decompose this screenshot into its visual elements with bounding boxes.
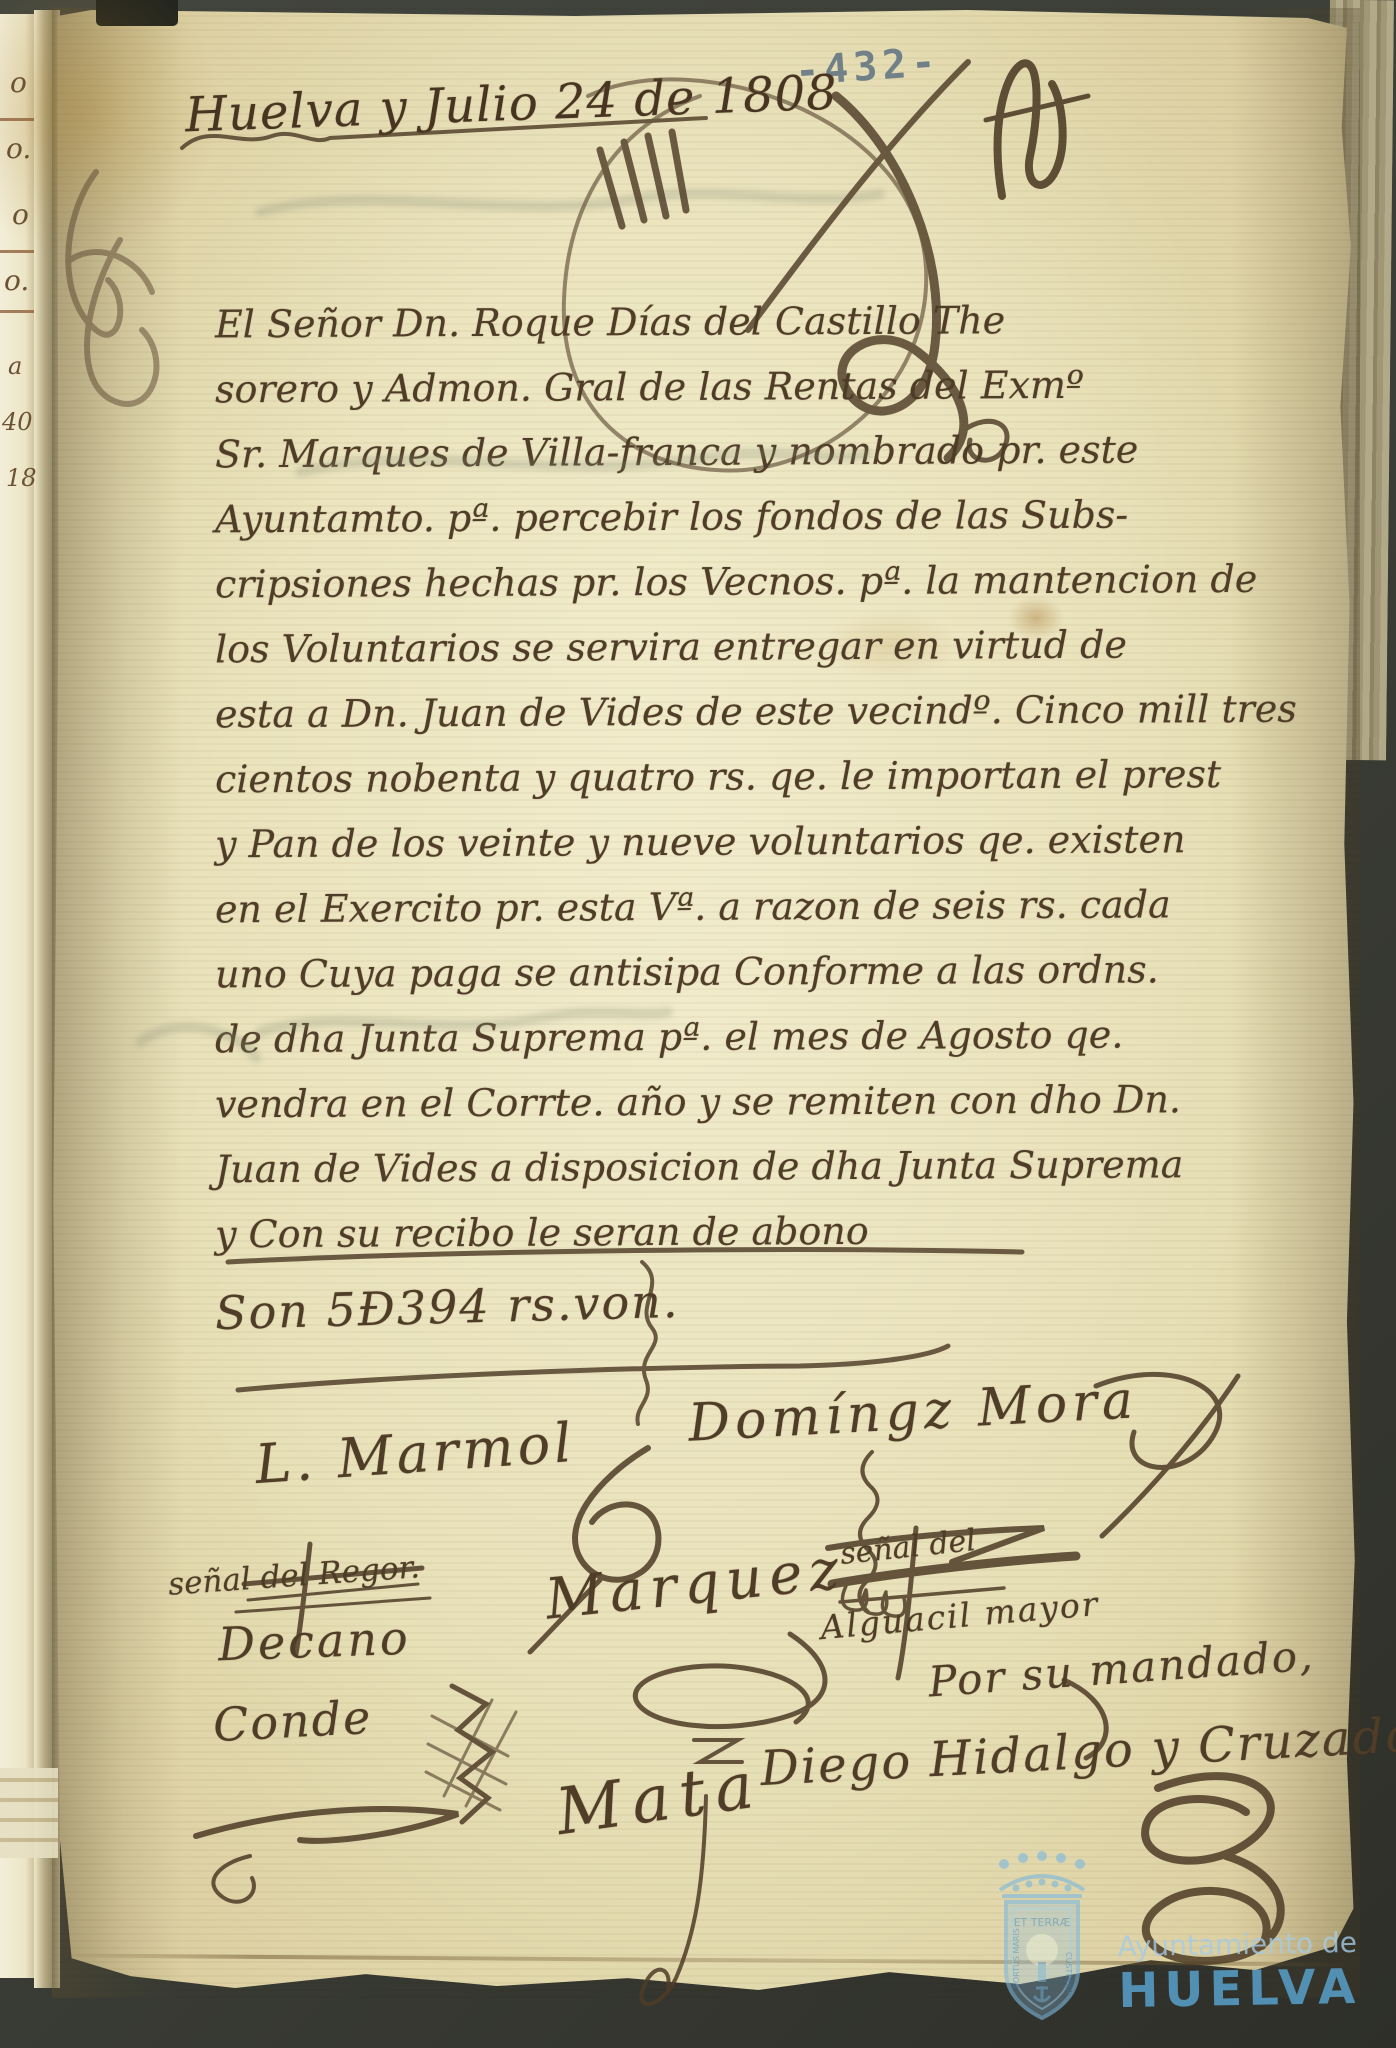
page-curl-shadow <box>1230 8 1360 1998</box>
body-line: El Señor Dn. Roque Días del Castillo The <box>215 288 1115 358</box>
body-line: cientos nobenta y quatro rs. qe. le impo… <box>215 743 1115 813</box>
stacked-sheet-corner <box>0 1768 58 1858</box>
margin-rule <box>0 118 34 121</box>
margin-fragment: 40 <box>2 408 33 436</box>
huelva-crest-watermark: ET TERRÆ PORTUS MARIS CUSTODIA <box>986 1848 1098 2048</box>
body-line: cripsiones hechas pr. los Vecnos. pª. la… <box>215 548 1115 618</box>
margin-fragment: a <box>8 352 22 380</box>
body-line: esta a Dn. Juan de Vides de este vecindº… <box>215 678 1115 748</box>
signature-decano: Decano <box>217 1611 411 1672</box>
body-line: en el Exercito pr. esta Vª. a razon de s… <box>215 873 1115 943</box>
body-line: y Pan de los veinte y nueve voluntarios … <box>215 808 1115 878</box>
document-scan: o o. o o. a 40 18 -432- Huelva y Julio 2… <box>0 0 1396 2048</box>
body-text: El Señor Dn. Roque Días del Castillo The… <box>215 290 1115 1265</box>
watermark-org-line1: Ayuntamiento de <box>1117 1926 1360 1963</box>
margin-entry: o <box>10 66 27 99</box>
body-line: sorero y Admon. Gral de las Rentas del E… <box>215 353 1115 423</box>
margin-rule <box>0 310 34 313</box>
body-line: Sr. Marques de Villa-franca y nombrado p… <box>215 418 1115 488</box>
watermark-org-line2: HUELVA <box>1118 1959 1362 2019</box>
margin-entry: o. <box>4 264 29 297</box>
watermark-wordmark: Ayuntamiento de HUELVA <box>1117 1926 1361 2019</box>
body-line: de dha Junta Suprema pª. el mes de Agost… <box>215 1003 1115 1073</box>
previous-page-sliver <box>0 14 36 1978</box>
body-line: Juan de Vides a disposicion de dha Junta… <box>215 1133 1115 1203</box>
signature-conde: Conde <box>212 1690 374 1752</box>
body-line: Ayuntamto. pª. percebir los fondos de la… <box>215 483 1115 553</box>
margin-fragment: 18 <box>6 464 37 492</box>
crest-motto: ET TERRÆ <box>1014 1916 1071 1929</box>
body-line: los Voluntarios se servira entregar en v… <box>215 613 1115 683</box>
body-line: y Con su recibo le seran de abono <box>215 1198 1115 1268</box>
margin-rule <box>0 250 34 253</box>
crest-side-right: CUSTODIA <box>1064 1952 1073 1994</box>
crest-side-left: PORTUS MARIS <box>1012 1928 1021 1988</box>
gutter-shadow <box>52 8 182 1998</box>
body-line: uno Cuya paga se antisipa Conforme a las… <box>215 938 1115 1008</box>
body-line: vendra en el Corrte. año y se remiten co… <box>215 1068 1115 1138</box>
margin-entry: o <box>12 198 29 231</box>
margin-entry: o. <box>6 132 31 165</box>
